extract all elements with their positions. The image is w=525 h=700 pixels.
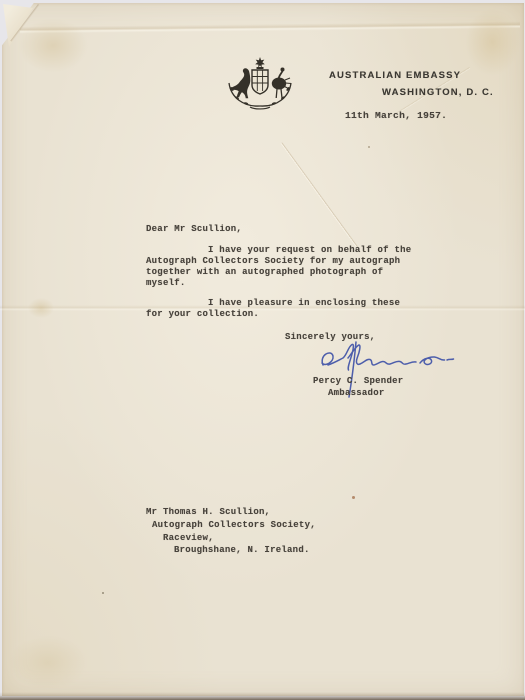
salutation: Dear Mr Scullion, (146, 224, 242, 234)
paragraph1-line2: Autograph Collectors Society for my auto… (146, 256, 400, 266)
signed-title: Ambassador (328, 388, 385, 398)
paragraph2-line1: I have pleasure in enclosing these (208, 298, 400, 308)
paragraph1-line1: I have your request on behalf of the (208, 245, 411, 255)
letter-date: 11th March, 1957. (345, 110, 447, 121)
signed-name: Percy C. Spender (313, 376, 403, 386)
recipient-line2: Autograph Collectors Society, (152, 520, 316, 530)
letter-photo: AUSTRALIAN EMBASSY WASHINGTON, D. C. 11t… (0, 0, 525, 700)
paragraph1-line4: myself. (146, 278, 186, 288)
paragraph1-line3: together with an autographed photograph … (146, 267, 383, 277)
letterhead-org-line2: WASHINGTON, D. C. (382, 87, 494, 98)
recipient-line1: Mr Thomas H. Scullion, (146, 507, 270, 517)
paragraph2-line2: for your collection. (146, 309, 259, 319)
recipient-line3: Raceview, (163, 533, 214, 543)
paper-bottom-edge-shadow (0, 692, 525, 700)
letterhead-org-line1: AUSTRALIAN EMBASSY (329, 70, 461, 81)
recipient-line4: Broughshane, N. Ireland. (174, 545, 310, 555)
australian-coat-of-arms-icon (224, 56, 296, 112)
